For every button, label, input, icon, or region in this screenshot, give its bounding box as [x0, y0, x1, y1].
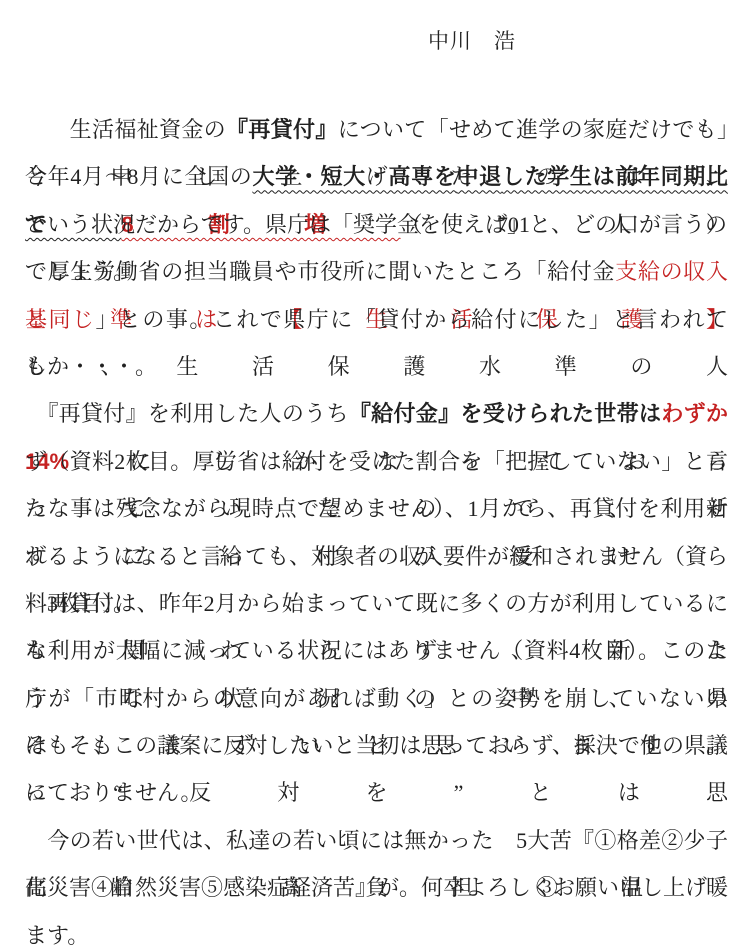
- text-segment: 『再貸付』を利用した人のうち: [25, 401, 349, 426]
- text-segment: 化災害④自然災害⑤感染症経済苦』が。何卒よろしくお願い申し上げます。: [25, 875, 707, 946]
- text-segment: 中退: [457, 164, 502, 189]
- text-segment: 生活福祉資金の: [25, 117, 226, 142]
- text-line: そもそもこの議案に反対したいと当初は思っておらず、採決で他の県議に“反対を”とは…: [25, 722, 728, 769]
- author-line: 中川 浩: [25, 26, 728, 56]
- text-segment: 大学・短大・高専を: [252, 164, 456, 189]
- text-line: 再貸付は、昨年2月から始まっていて既に多くの方が利用しているにも関わらず、新た: [25, 580, 728, 627]
- text-segment: 『再貸付』: [226, 117, 338, 142]
- text-segment: 『給付金』を受けられた世帯は: [349, 401, 662, 426]
- text-line: 『再貸付』を利用した人のうち『給付金』を受けられた世帯はわずか14%にしかなって…: [25, 390, 728, 437]
- text-line: 今の若い世代は、私達の若い頃には無かった 5大苦『①格差②少子高齢 高負担③温暖: [25, 817, 728, 864]
- text-line: 庁が「市町村からの意向があれば動く」との姿勢を崩していないのは、まずいと思います…: [25, 675, 728, 722]
- text-segment: と同じ: [25, 307, 95, 332]
- text-line: ず（資料2枚目。厚労省は給付を受けた割合を「把握していない」と言っていたので、新: [25, 438, 728, 485]
- document-page: 中川 浩 生活福祉資金の『再貸付』について「せめて進学の家庭だけでも」と申し上げ…: [0, 0, 750, 946]
- text-line: 化災害④自然災害⑤感染症経済苦』が。何卒よろしくお願い申し上げます。: [25, 864, 728, 911]
- author-name: 中川 浩: [428, 29, 516, 53]
- text-line: 今年4月～8月に全国の大学・短大・高専を中退した学生は前年同期比で8割増（701…: [25, 153, 728, 200]
- text-line: たな事は残念ながら現時点で望めません）、1月から、再貸付を利用せずに給付が受けら: [25, 485, 728, 532]
- text-segment: 厚生労働省の担当職員や市役所に聞いたところ「給付金: [25, 259, 615, 284]
- text-line: と同じ」との事。これで県庁に「貸付から給付にした」と言われても、生活保護水準の人: [25, 296, 728, 343]
- text-line: れるようになると言っても、対象者の収入要件が緩和されません（資料3枚目）。: [25, 533, 728, 580]
- text-segment: 今年4月～8月に全国の: [25, 164, 252, 189]
- text-segment: しか・・・。: [25, 354, 157, 379]
- text-line: な利用が大幅に減っている状況にはありません（資料4枚目）。このような状況の中、県: [25, 627, 728, 674]
- text-line: 厚生労働省の担当職員や市役所に聞いたところ「給付金支給の収入基準は【生活保護】: [25, 248, 728, 295]
- document-body: 生活福祉資金の『再貸付』について「せめて進学の家庭だけでも」と申し上げたのは、今…: [25, 106, 728, 912]
- text-line: 生活福祉資金の『再貸付』について「せめて進学の家庭だけでも」と申し上げたのは、: [25, 106, 728, 153]
- text-segment: っておりません。: [25, 780, 202, 805]
- text-line: という状況だからです。県庁は「奨学金を使えば」と、どの口が言うのでしょう。: [25, 201, 728, 248]
